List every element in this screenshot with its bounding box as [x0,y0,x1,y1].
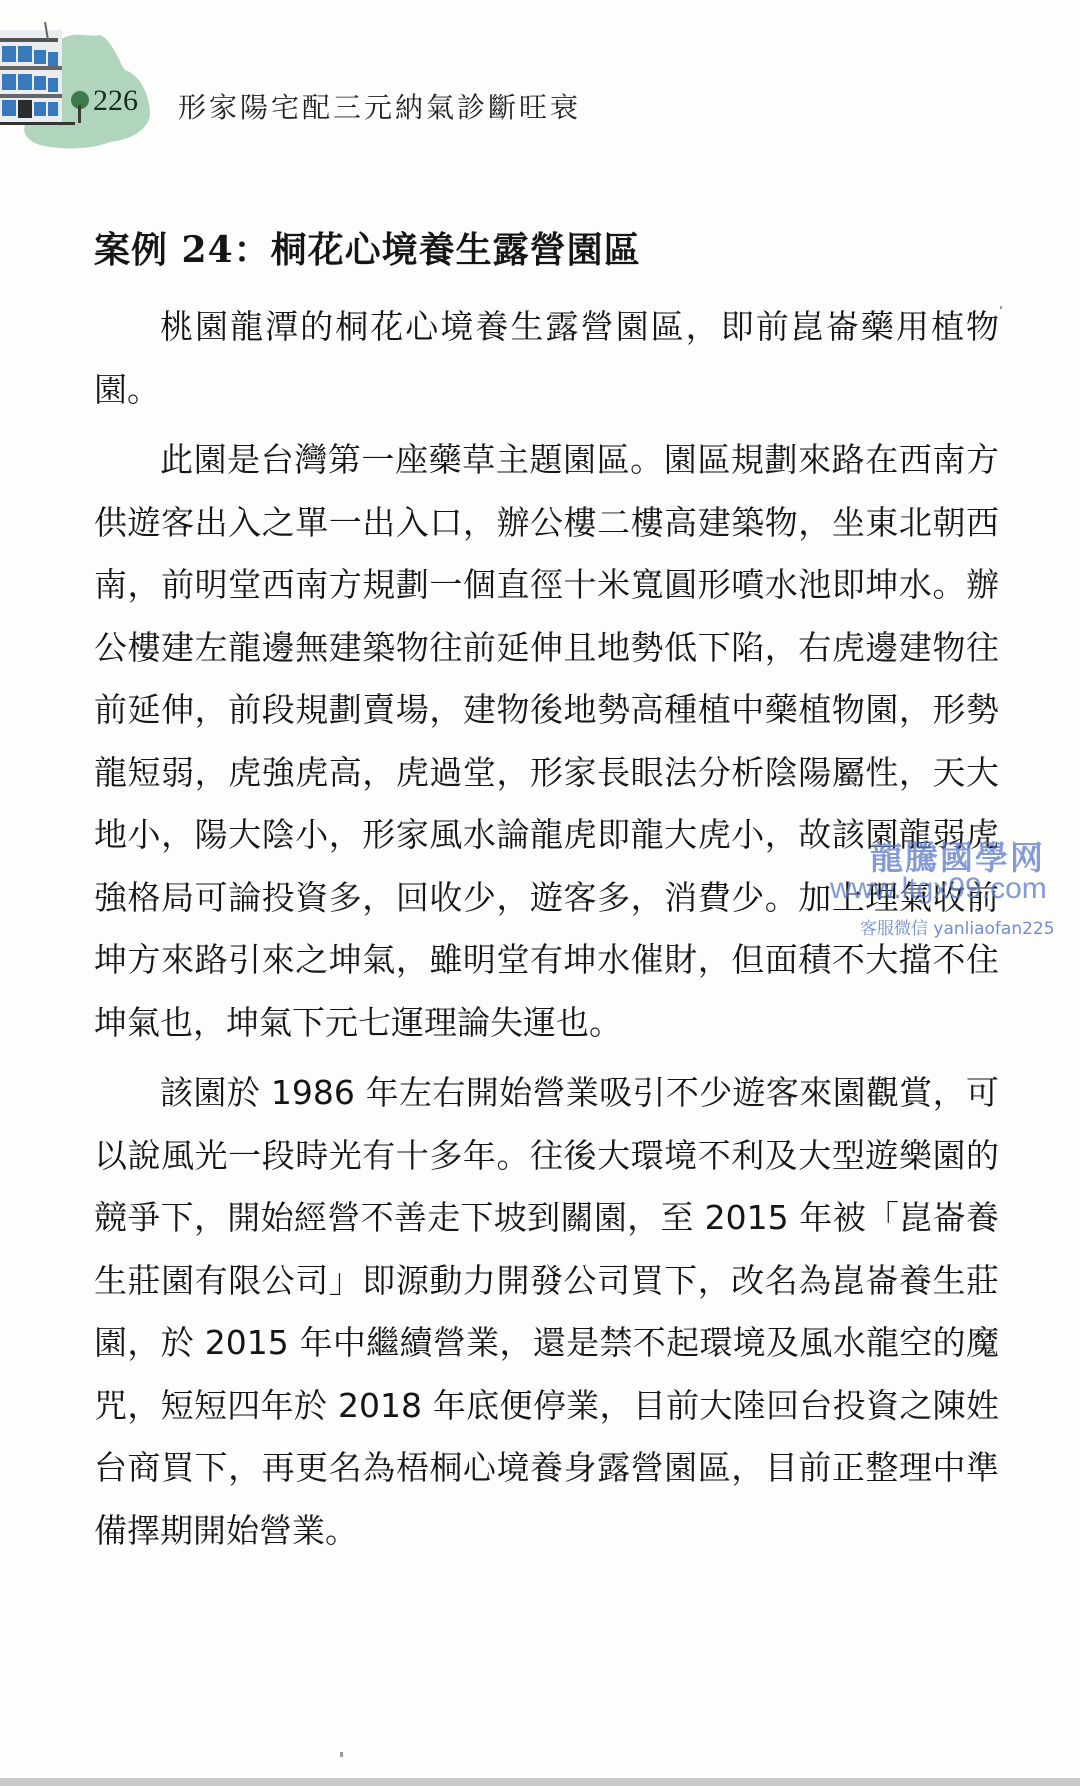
scan-speck [1000,306,1002,309]
page-header: 226 形家陽宅配三元納氣診斷旺衰 [0,0,1080,160]
case-title: 案例 24：桐花心境養生露營園區 [94,222,641,273]
scan-speck [340,1752,343,1757]
paragraph-1: 桃園龍潭的桐花心境養生露營園區，即前崑崙藥用植物園。 [94,296,999,421]
building-logo-icon [0,0,170,160]
book-title: 形家陽宅配三元納氣診斷旺衰 [178,86,581,126]
bottom-edge [0,1778,1080,1786]
paragraph-3: 該園於 1986 年左右開始營業吸引不少遊客來園觀賞，可以說風光一段時光有十多年… [94,1062,999,1562]
article-body: 桃園龍潭的桐花心境養生露營園區，即前崑崙藥用植物園。 此園是台灣第一座藥草主題園… [94,296,999,1562]
paragraph-2: 此園是台灣第一座藥草主題園區。園區規劃來路在西南方供遊客出入之單一出入口，辦公樓… [94,429,999,1054]
page-number: 226 [93,84,138,118]
